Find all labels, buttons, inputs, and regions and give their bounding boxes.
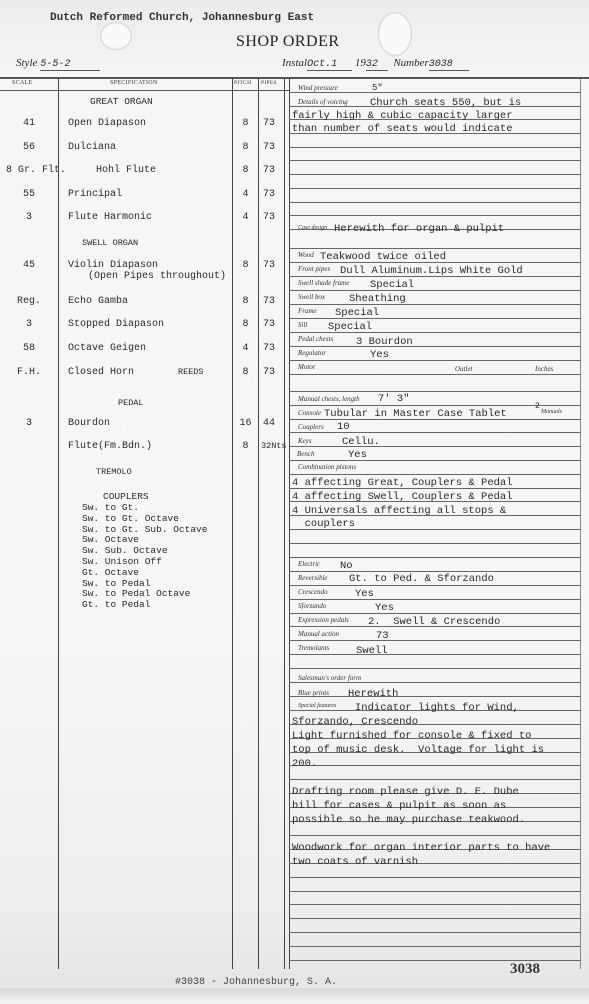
- ruled-line: [289, 391, 581, 392]
- stop-name: Hohl Flute: [96, 165, 156, 176]
- number-label: Number: [393, 57, 428, 69]
- ruled-line: [289, 891, 581, 892]
- manuals-count: 2: [535, 402, 540, 411]
- section-swell-organ: SWELL ORGAN: [82, 238, 138, 248]
- note-line-5: two coats of varnish: [292, 856, 418, 868]
- stop-row: 58Octave Geigen473: [0, 343, 289, 357]
- section-couplers: COUPLERS: [103, 491, 149, 502]
- stop-name: Octave Geigen: [68, 343, 146, 354]
- ruled-line: [289, 918, 581, 919]
- regulator-value: Yes: [370, 349, 389, 361]
- pedal-chests-value: 3 Bourdon: [356, 336, 413, 348]
- keys-label: Keys: [298, 437, 312, 445]
- stop-row: 3Bourdon1644: [0, 418, 289, 432]
- ruled-line: [289, 304, 581, 305]
- ruled-line: [289, 668, 581, 669]
- crescendo-label: Crescendo: [298, 588, 328, 596]
- stop-name: Stopped Diapason: [68, 319, 164, 330]
- voicing-line-1: Church seats 550, but is: [370, 97, 521, 109]
- header-pitch: PITCH: [234, 80, 251, 86]
- stop-row: Flute(Fm.Bdn.)832Nts: [0, 441, 289, 455]
- stop-pipes: 73: [259, 118, 289, 129]
- stop-row: 45Violin Diapason873(Open Pipes througho…: [0, 260, 289, 274]
- stop-pipes: 44: [259, 418, 289, 429]
- wood-label: Wood: [298, 251, 314, 259]
- stop-name: Flute Harmonic: [68, 212, 152, 223]
- church-name: Dutch Reformed Church, Johannesburg East: [50, 12, 314, 24]
- case-design-label: Case design: [298, 225, 327, 231]
- front-pipes-label: Front pipes: [298, 265, 330, 273]
- stop-name: Bourdon: [68, 418, 110, 429]
- combination-pistons-label: Combination pistons: [298, 463, 356, 471]
- manual-action-label: Manual action: [298, 630, 339, 638]
- manual-chests-label: Manual chests, length: [298, 395, 360, 403]
- note-line-1: Drafting room please give D. E. Dube: [292, 786, 519, 798]
- section-great-organ: GREAT ORGAN: [90, 96, 153, 107]
- ruled-line: [289, 765, 581, 766]
- crescendo-value: Yes: [355, 588, 374, 600]
- ruled-line: [289, 557, 581, 558]
- swell-shade-frame-value: Special: [370, 279, 414, 291]
- stop-pitch: 8: [233, 441, 258, 452]
- outlet-label: Outlet: [455, 365, 473, 373]
- blue-prints-value: Herewith: [348, 688, 398, 700]
- ruled-line: [289, 432, 581, 433]
- stop-row: Reg.Echo Gamba873: [0, 296, 289, 310]
- pistons-line-2: 4 affecting Swell, Couplers & Pedal: [292, 491, 513, 503]
- ruled-line: [289, 599, 581, 600]
- expression-pedals-label: Expression pedals: [298, 616, 349, 624]
- electric-value: No: [340, 560, 353, 572]
- tremolants-value: Swell: [356, 645, 388, 657]
- stop-scale: 3: [0, 418, 58, 429]
- install-year-prefix: 19: [355, 57, 366, 69]
- ruled-line: [289, 932, 581, 933]
- coupler-list: Sw. to Gt.Sw. to Gt. OctaveSw. to Gt. Su…: [82, 503, 207, 611]
- stop-pipes: 32Nts: [259, 441, 287, 451]
- stop-pipes: 73: [259, 296, 289, 307]
- coupler-item: Sw. to Gt. Octave: [82, 514, 207, 525]
- stop-pipes: 73: [259, 165, 289, 176]
- sforzando-label: Sforzando: [298, 602, 326, 610]
- stop-pipes: 73: [259, 212, 289, 223]
- stop-reeds-tag: REEDS: [178, 367, 204, 377]
- document-title: SHOP ORDER: [236, 33, 340, 51]
- install-field: InstalOct.1 1932 Number3038: [282, 57, 469, 71]
- ruled-line: [289, 613, 581, 614]
- stop-row: 8 Gr. Flt.Hohl Flute873: [0, 165, 289, 179]
- special-features-label: Special features: [298, 703, 336, 709]
- order-number: 3038: [429, 59, 469, 71]
- header-pipes: PIPES: [261, 80, 277, 86]
- motor-label: Motor: [298, 363, 316, 371]
- console-value: Tubular in Master Case Tablet: [324, 408, 507, 420]
- sforzando-value: Yes: [375, 602, 394, 614]
- ruled-line: [289, 318, 581, 319]
- stop-scale: 41: [0, 118, 58, 129]
- case-design-value: Herewith for organ & pulpit: [334, 223, 504, 235]
- stop-row: 56Dulciana873: [0, 142, 289, 156]
- note-line-3: possible so he may purchase teakwood.: [292, 814, 525, 826]
- stop-pitch: 8: [233, 260, 258, 271]
- inches-label: Inches: [535, 365, 553, 373]
- stop-scale: Reg.: [0, 296, 58, 307]
- stop-note: (Open Pipes throughout): [88, 271, 226, 282]
- ruled-line: [289, 202, 581, 203]
- stop-scale: 3: [0, 212, 58, 223]
- stop-name: Closed Horn: [68, 367, 134, 378]
- style-field: Style5-5-2: [16, 57, 100, 71]
- keys-value: Cellu.: [342, 436, 380, 448]
- stop-scale: 45: [0, 260, 58, 271]
- stop-name: Flute(Fm.Bdn.): [68, 441, 152, 452]
- punched-hole-left: [100, 22, 132, 50]
- stop-pitch: 4: [233, 212, 258, 223]
- ruled-line: [289, 360, 581, 361]
- ruled-line: [289, 877, 581, 878]
- stop-row: 41Open Diapason873: [0, 118, 289, 132]
- header-divider: [0, 77, 589, 79]
- stop-pitch: 8: [233, 319, 258, 330]
- ruled-line: [289, 446, 581, 447]
- stop-row: 3Flute Harmonic473: [0, 212, 289, 226]
- ruled-line: [289, 640, 581, 641]
- manuals-label: Manuals: [541, 409, 562, 415]
- stop-scale: 55: [0, 189, 58, 200]
- stop-scale: 8 Gr. Flt.: [0, 165, 66, 176]
- stop-row: 55Principal473: [0, 189, 289, 203]
- special-features-line-5: 200.: [292, 758, 317, 770]
- ruled-line: [289, 188, 581, 189]
- voicing-label: Details of voicing: [298, 98, 348, 106]
- style-label: Style: [16, 57, 37, 69]
- blue-prints-label: Blue prints: [298, 689, 329, 697]
- pistons-line-4: couplers: [292, 518, 355, 530]
- swell-box-value: Sheathing: [349, 293, 406, 305]
- stop-pipes: 73: [259, 343, 289, 354]
- pistons-line-1: 4 affecting Great, Couplers & Pedal: [292, 477, 513, 489]
- stop-row: 3Stopped Diapason873: [0, 319, 289, 333]
- stop-pipes: 73: [259, 367, 289, 378]
- regulator-label: Regulator: [298, 349, 326, 357]
- stop-name: Echo Gamba: [68, 296, 128, 307]
- coupler-item: Gt. to Pedal: [82, 600, 207, 611]
- bench-label: Bench: [297, 450, 315, 458]
- wood-value: Teakwood twice oiled: [320, 251, 446, 263]
- stop-pitch: 8: [233, 296, 258, 307]
- note-line-4: Woodwork for organ interior parts to hav…: [292, 842, 550, 854]
- header-specification: SPECIFICATION: [110, 80, 158, 86]
- ruled-line: [289, 374, 581, 375]
- wind-pressure-label: Wind pressure: [298, 84, 338, 92]
- ruled-line: [289, 696, 581, 697]
- ruled-line: [289, 147, 581, 148]
- special-features-line-4: top of music desk. Voltage for light is: [292, 744, 544, 756]
- stop-scale: 56: [0, 142, 58, 153]
- ruled-line: [289, 346, 581, 347]
- header-scale: SCALE: [12, 80, 33, 86]
- ruled-line: [289, 460, 581, 461]
- manual-action-value: 73: [376, 630, 389, 642]
- install-label: Instal: [282, 57, 307, 69]
- swell-shade-frame-label: Swell shade frame: [298, 279, 349, 287]
- couplers-value: 10: [337, 421, 350, 433]
- stop-name: Principal: [68, 189, 122, 200]
- stop-pitch: 8: [233, 118, 258, 129]
- stop-name: Open Diapason: [68, 118, 146, 129]
- stop-pitch: 8: [233, 165, 258, 176]
- section-pedal: PEDAL: [118, 398, 144, 408]
- ruled-line: [289, 682, 581, 683]
- tremolants-label: Tremolants: [298, 644, 329, 652]
- wind-pressure-value: 5": [372, 83, 383, 93]
- ruled-line: [289, 160, 581, 161]
- coupler-item: Gt. Octave: [82, 568, 207, 579]
- stop-pipes: 73: [259, 260, 289, 271]
- stop-scale: F.H.: [0, 367, 58, 378]
- stop-scale: 3: [0, 319, 58, 330]
- special-features-line-1: Indicator lights for Wind,: [355, 702, 519, 714]
- ruled-line: [289, 585, 581, 586]
- stop-pitch: 8: [233, 142, 258, 153]
- stop-pipes: 73: [259, 189, 289, 200]
- stop-pitch: 4: [233, 343, 258, 354]
- front-pipes-value: Dull Aluminum.Lips White Gold: [340, 265, 523, 277]
- footer-caption: #3038 - Johannesburg, S. A.: [175, 977, 337, 988]
- ruled-line: [289, 290, 581, 291]
- ruled-line: [289, 174, 581, 175]
- ruled-line: [289, 215, 581, 216]
- stop-pipes: 73: [259, 319, 289, 330]
- special-features-line-2: Sforzando, Crescendo: [292, 716, 418, 728]
- note-line-2: bill for cases & pulpit as soon as: [292, 800, 506, 812]
- stop-pipes: 73: [259, 142, 289, 153]
- frame-label: Frame: [298, 307, 317, 315]
- stop-name: Dulciana: [68, 142, 116, 153]
- stop-scale: 58: [0, 343, 58, 354]
- style-value: 5-5-2: [40, 59, 100, 71]
- ruled-line: [289, 543, 581, 544]
- bench-value: Yes: [348, 449, 367, 461]
- stop-pitch: 8: [233, 367, 258, 378]
- paper-bottom-edge: [0, 988, 589, 1004]
- stop-row: F.H.Closed Horn873REEDS: [0, 367, 289, 381]
- swell-box-label: Swell box: [298, 293, 325, 301]
- sill-label: Sill: [298, 321, 307, 329]
- electric-label: Electric: [298, 560, 320, 568]
- ruled-line: [289, 779, 581, 780]
- ruled-line: [289, 946, 581, 947]
- ruled-line: [289, 835, 581, 836]
- voicing-line-3: than number of seats would indicate: [292, 123, 513, 135]
- salesman-order-form-label: Salesman's order form: [298, 674, 361, 682]
- section-tremolo: TREMOLO: [96, 467, 132, 477]
- manual-chests-value: 7' 3": [378, 393, 410, 405]
- ruled-line: [289, 904, 581, 905]
- special-features-line-3: Light furnished for console & fixed to: [292, 730, 531, 742]
- stop-pitch: 16: [233, 418, 258, 429]
- stop-name: Violin Diapason: [68, 260, 158, 271]
- couplers-label: Couplers: [298, 423, 324, 431]
- ruled-line: [289, 571, 581, 572]
- ruled-line: [289, 248, 581, 249]
- sill-value: Special: [328, 321, 372, 333]
- ruled-line: [289, 92, 581, 93]
- console-label: Console: [298, 409, 321, 417]
- pedal-chests-label: Pedal chests: [298, 335, 333, 343]
- stop-pitch: 4: [233, 189, 258, 200]
- expression-pedals-value: 2. Swell & Crescendo: [368, 616, 500, 628]
- punched-hole-right: [378, 12, 412, 56]
- ruled-line: [289, 474, 581, 475]
- frame-value: Special: [335, 307, 379, 319]
- ruled-line: [289, 654, 581, 655]
- reversible-label: Reversible: [298, 574, 328, 582]
- install-year: 32: [366, 59, 388, 71]
- header-rule: [0, 90, 289, 91]
- voicing-line-2: fairly high & cubic capacity larger: [292, 110, 513, 122]
- pistons-line-3: 4 Universals affecting all stops &: [292, 505, 506, 517]
- order-number-stamp: 3038: [510, 961, 540, 978]
- reversible-value: Gt. to Ped. & Sforzando: [349, 573, 494, 585]
- install-date: Oct.1: [307, 59, 352, 71]
